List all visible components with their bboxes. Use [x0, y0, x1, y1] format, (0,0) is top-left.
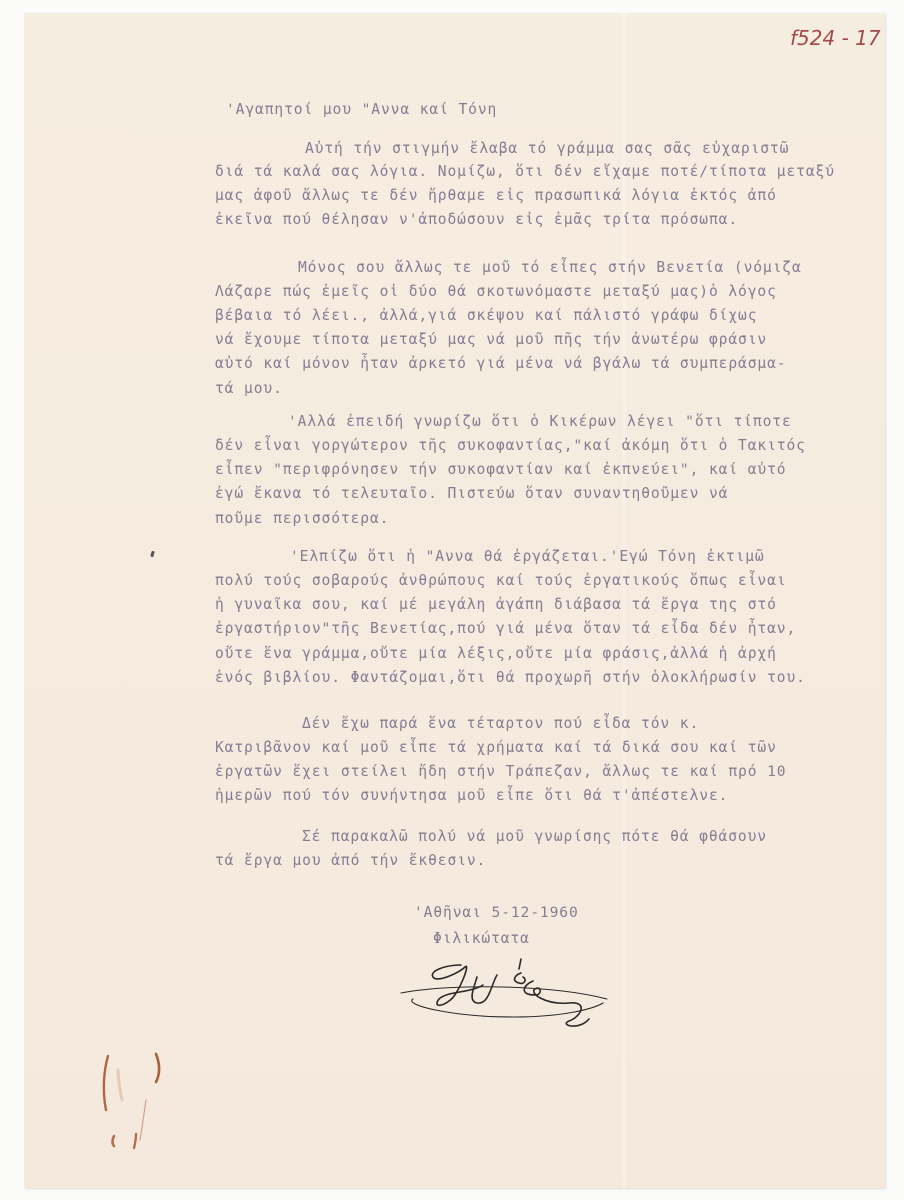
paragraph-5-line-4: ἡμερῶν πού τόν συνήντησα μοῦ εἶπε ὅτι θά… [215, 787, 728, 804]
paragraph-3-line-5: ποῦμε περισσότερα. [215, 510, 389, 527]
paragraph-1-line-2: διά τά καλά σας λόγια. Νομίζω, ὅτι δέν ε… [215, 163, 835, 180]
paragraph-4-line-3: ἡ γυναῖκα σου, καί μέ μεγάλη ἀγάπη διάβα… [215, 596, 777, 613]
salutation: 'Αγαπητοί μου "Αννα καί Τόνη [226, 101, 497, 118]
paragraph-3-line-1: 'Αλλά ἐπειδή γνωρίζω ὅτι ὁ Κικέρων λέγει… [288, 413, 792, 430]
paragraph-4-line-4: ἐργαστήριον"τῆς Βενετίας,πού γιά μένα ὅτ… [215, 620, 796, 637]
paragraph-2-line-1: Μόνος σου ἄλλως τε μοῦ τό εἶπες στήν Βεν… [298, 259, 802, 276]
paragraph-2-line-5: αὐτό καί μόνον ἦταν ἀρκετό γιά μένα νά β… [215, 355, 786, 372]
paragraph-5-line-1: Δέν ἔχω παρά ἕνα τέταρτον πού εἶδα τόν κ… [302, 715, 699, 732]
paragraph-2-line-3: βέβαια τό λέει., ἀλλά,γιά σκέψου καί πάλ… [215, 307, 757, 324]
paragraph-3-line-2: δέν εἶναι γοργώτερον τῆς συκοφαντίας,"κα… [215, 437, 806, 454]
archive-reference: f524 - 17 [790, 26, 881, 50]
paragraph-2-line-6: τά μου. [215, 380, 283, 397]
paragraph-1-line-4: ἐκεῖνα πού θέλησαν ν'ἀποδώσουν εἰς ἐμᾶς … [215, 211, 738, 228]
paragraph-4-line-2: πολύ τούς σοβαρούς ἀνθρώπους καί τούς ἐρ… [215, 572, 786, 589]
paragraph-1-line-1: Αὐτή τήν στιγμήν ἔλαβα τό γράμμα σας σᾶς… [305, 140, 789, 157]
rust-stain [98, 1040, 168, 1150]
paragraph-4-line-6: ἑνός βιβλίου. Φαντάζομαι,ὅτι θά προχωρῆ … [215, 669, 806, 686]
paragraph-4-line-5: οὔτε ἕνα γράμμα,οὔτε μία λέξις,οὔτε μία … [215, 645, 777, 662]
closing: Φιλικώτατα [433, 930, 530, 947]
paragraph-5-line-2: Κατριβᾶνον καί μοῦ εἶπε τά χρήματα καί τ… [215, 739, 777, 756]
signature [393, 955, 633, 1045]
place-date: 'Αθῆναι 5-12-1960 [414, 904, 579, 921]
paragraph-2-line-4: νά ἔχουμε τίποτα μεταξύ μας νά μοῦ πῆς τ… [215, 331, 767, 348]
paragraph-2-line-2: Λάζαρε πώς ἐμεῖς οἱ δύο θά σκοτωνόμαστε … [215, 283, 777, 300]
paragraph-4-line-1: 'Ελπίζω ὅτι ἡ "Αννα θά ἐργάζεται.'Εγώ Τό… [290, 548, 765, 565]
paragraph-5-line-3: ἐργατῶν ἔχει στείλει ἤδη στήν Τράπεζαν, … [215, 763, 786, 780]
paragraph-1-line-3: μας ἀφοῦ ἄλλως τε δέν ἤρθαμε εἰς πρασωπι… [215, 187, 777, 204]
paragraph-3-line-3: εἶπεν "περιφρόνησεν τήν συκοφαντίαν καί … [215, 461, 786, 478]
paragraph-3-line-4: ἐγώ ἔκανα τό τελευταῖο. Πιστεύω ὅταν συν… [215, 485, 728, 502]
paragraph-6-line-1: Σέ παρακαλῶ πολύ νά μοῦ γνωρίσης πότε θά… [302, 828, 767, 845]
paragraph-6-line-2: τά ἔργα μου ἀπό τήν ἔκθεσιν. [215, 852, 486, 869]
